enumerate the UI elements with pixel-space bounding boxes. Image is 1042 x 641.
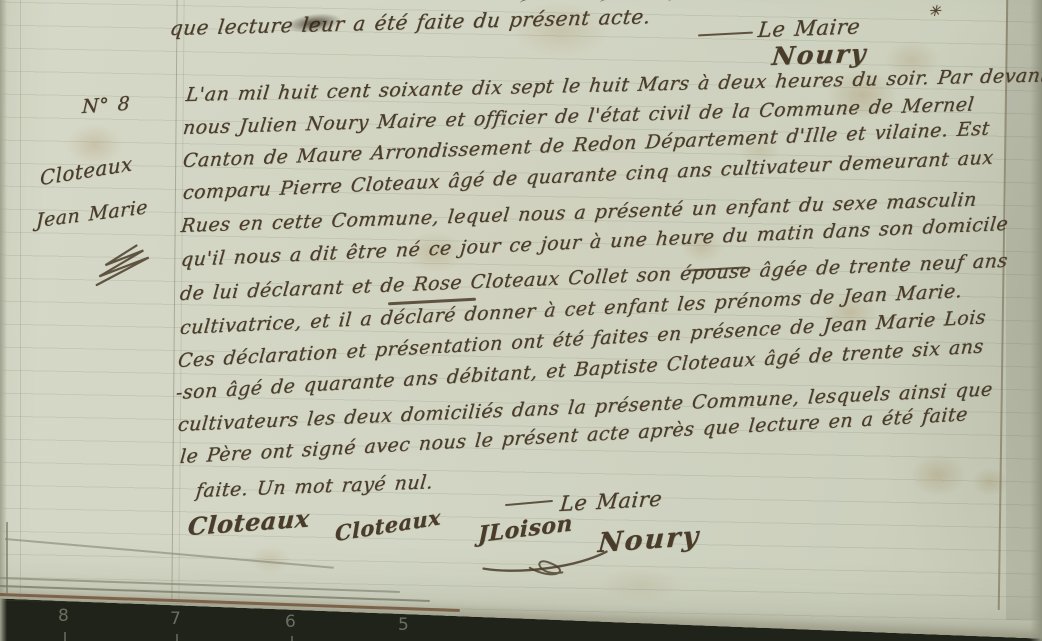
- ruler-tick: [64, 632, 66, 641]
- ruler-number: 7: [170, 609, 181, 629]
- ruler-number: 8: [58, 606, 69, 626]
- mayor-label: Le Maire: [757, 14, 862, 42]
- star-mark: ✳: [928, 2, 941, 20]
- margin-act-number: N° 8: [82, 93, 131, 118]
- page-right-edge: [1030, 0, 1042, 641]
- ruler-tick: [176, 634, 178, 641]
- mayor-signature: Noury: [770, 39, 868, 71]
- scanned-register-photo: ✳ que lecture leur a été faite du présen…: [0, 0, 1042, 641]
- ruler-tick: [291, 636, 293, 641]
- page-stack-edge-vertical: [6, 522, 8, 594]
- ruler-number: 5: [398, 615, 409, 635]
- ruler-number: 6: [285, 612, 296, 632]
- left-crease-line: [20, 0, 21, 600]
